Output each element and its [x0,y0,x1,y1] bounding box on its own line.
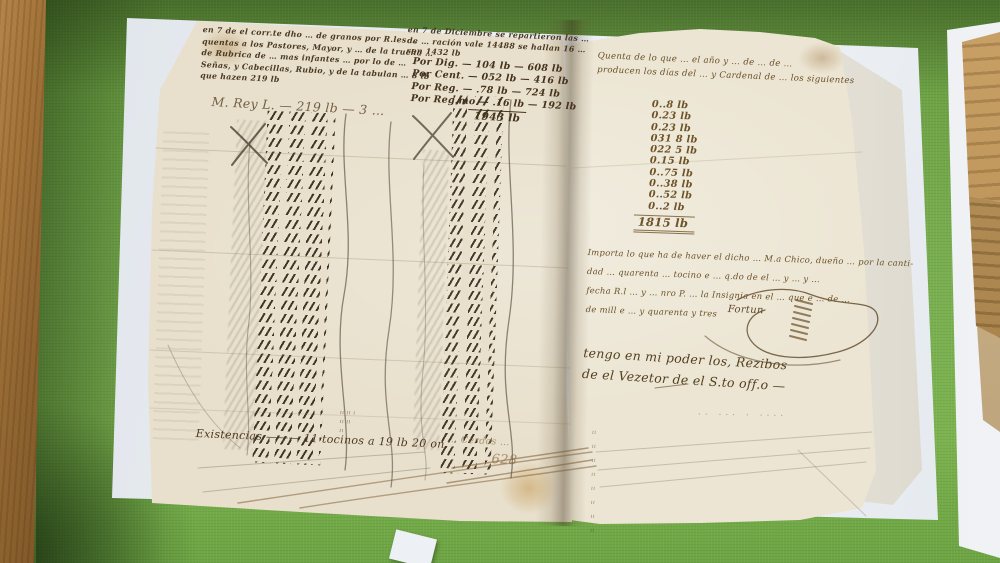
accounts-rows: Por Dig. — 104 lb — 608 lbPor Cent. — 05… [410,56,578,114]
faded-note-number: 628 [491,452,517,468]
accounts-block: Por Dig. — 104 lb — 608 lbPor Cent. — 05… [410,56,579,129]
stain-spot [500,462,558,514]
left-header-text: en 7 de el corr.te dho … de granos por R… [200,24,434,94]
amounts-column: 0..8 lb0.23 lb0.23 lb031 8 lb022 5 lb0.1… [647,99,699,235]
amounts-rows: 0..8 lb0.23 lb0.23 lb031 8 lb022 5 lb0.1… [648,99,699,214]
left-margin-marks: ıı ıı ııı ıııı [339,408,355,436]
photo-open-manuscript: en 7 de el corr.te dho … de granos por R… [0,0,1000,563]
amounts-total: 1815 lb [633,214,695,234]
closing-paragraph: Importa lo que ha de haver el dicho … M.… [585,243,913,330]
accounts-total: 1943 lb [468,109,527,125]
closing-signature-word: Fortun [728,304,764,316]
faded-dot-marks: ·· ··· · ···· [698,410,787,422]
